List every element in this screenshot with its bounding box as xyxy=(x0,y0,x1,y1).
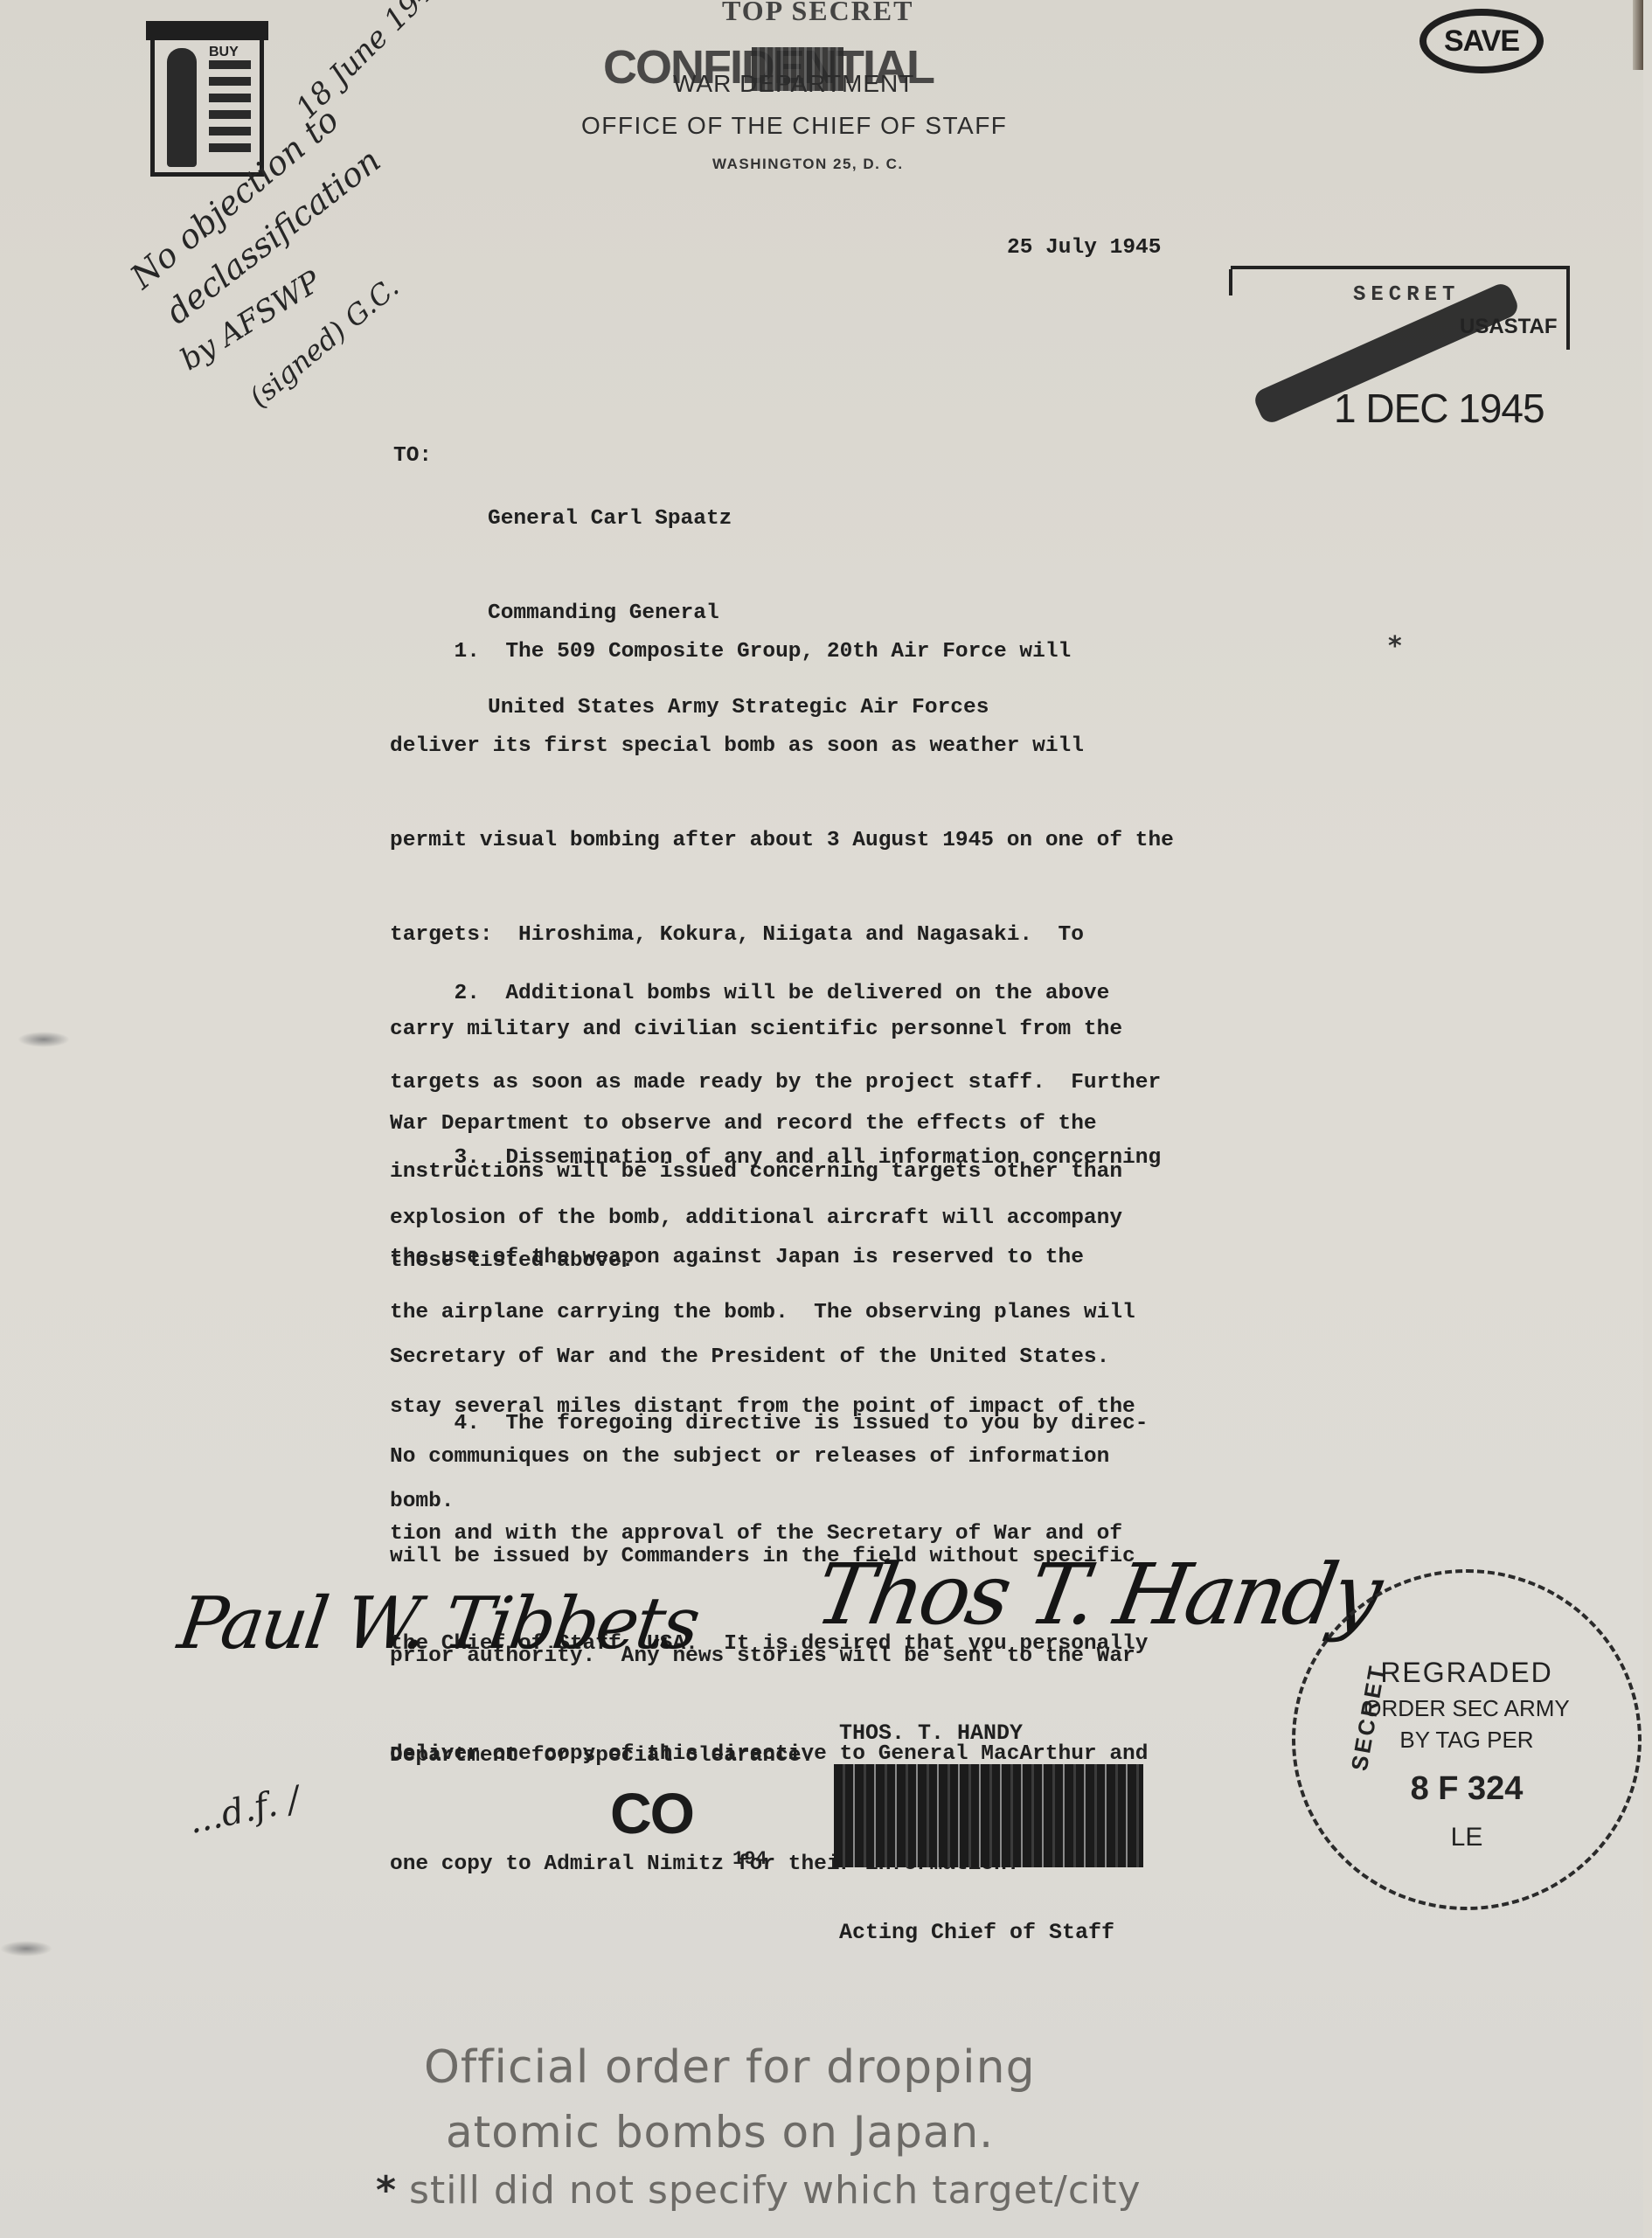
stamp-line: REGRADED xyxy=(1295,1657,1638,1689)
text-line: 4. The foregoing directive is issued to … xyxy=(390,1406,1148,1442)
stamp-date: 1 DEC 1945 xyxy=(1334,385,1544,432)
save-stamp-text: SAVE xyxy=(1444,24,1519,59)
letterhead-office: OFFICE OF THE CHIEF OF STAFF xyxy=(581,112,1007,140)
stamp-text: CO xyxy=(610,1780,693,1846)
signer-title: Acting Chief of Staff xyxy=(839,1916,1114,1950)
pencil-note-line-3: *still did not specify which target/city xyxy=(376,2168,1142,2213)
stamp-word: SECRET xyxy=(1353,283,1460,307)
margin-star-mark: * xyxy=(1388,631,1402,662)
text-line: permit visual bombing after about 3 Augu… xyxy=(390,825,1174,857)
asterisk-icon: * xyxy=(376,2168,397,2213)
paper-smudge xyxy=(0,1941,52,1957)
stamp-year: 194 xyxy=(732,1848,767,1870)
war-bonds-poster-logo: BUY xyxy=(150,21,264,177)
stamp-line: BY TAG PER xyxy=(1295,1727,1638,1754)
text-line: 1. The 509 Composite Group, 20th Air For… xyxy=(390,636,1174,668)
poster-top-bar xyxy=(146,21,268,40)
letterhead-city: WASHINGTON 25, D. C. xyxy=(712,156,904,173)
letterhead-department: WAR DEPARTMENT xyxy=(673,70,914,98)
signature-handy: Thos T. Handy xyxy=(809,1546,1386,1644)
secret-stamp: SECRET USASTAF 1 DEC 1945 xyxy=(1231,266,1573,458)
pencil-note-text: still did not specify which target/city xyxy=(409,2168,1142,2213)
signature-tibbets: Paul W. Tibbets xyxy=(173,1582,702,1665)
signer-name: THOS. T. HANDY xyxy=(839,1717,1114,1750)
to-label: TO: xyxy=(393,441,432,472)
pencil-note-line: Official order for dropping xyxy=(424,2041,1036,2094)
save-stamp: SAVE xyxy=(1419,9,1544,73)
stamp-line: 8 F 324 xyxy=(1295,1770,1638,1808)
pencil-note-line: atomic bombs on Japan. xyxy=(446,2107,994,2158)
text-line: 3. Dissemination of any and all informat… xyxy=(390,1142,1161,1175)
bottom-classification-stamp: CO 194 xyxy=(610,1764,1143,1869)
stamp-redaction-blot xyxy=(834,1764,1143,1867)
paper-smudge xyxy=(17,1032,70,1047)
text-line: the use of the weapon against Japan is r… xyxy=(390,1241,1161,1275)
text-line: deliver its first special bomb as soon a… xyxy=(390,731,1174,762)
addressee-line: General Carl Spaatz xyxy=(488,504,989,535)
regraded-stamp: SECRET REGRADED ORDER SEC ARMY BY TAG PE… xyxy=(1292,1569,1642,1910)
document-page: BUY TOP SECRET CONFIDENTIAL WAR DEPARTME… xyxy=(0,0,1643,2238)
handwritten-initials: ...d.f. / xyxy=(185,1779,304,1842)
page-edge-shadow xyxy=(1633,0,1643,70)
stamp-line: LE xyxy=(1295,1823,1638,1852)
text-line: 2. Additional bombs will be delivered on… xyxy=(390,979,1161,1009)
letter-date: 25 July 1945 xyxy=(1007,233,1161,264)
stamp-unit: USASTAF xyxy=(1460,315,1558,339)
soldier-figure-icon xyxy=(167,48,197,167)
poster-text-bars xyxy=(209,60,251,160)
poster-label: BUY xyxy=(209,45,239,60)
stamp-line: ORDER SEC ARMY xyxy=(1295,1695,1638,1722)
classification-top: TOP SECRET xyxy=(722,0,913,27)
